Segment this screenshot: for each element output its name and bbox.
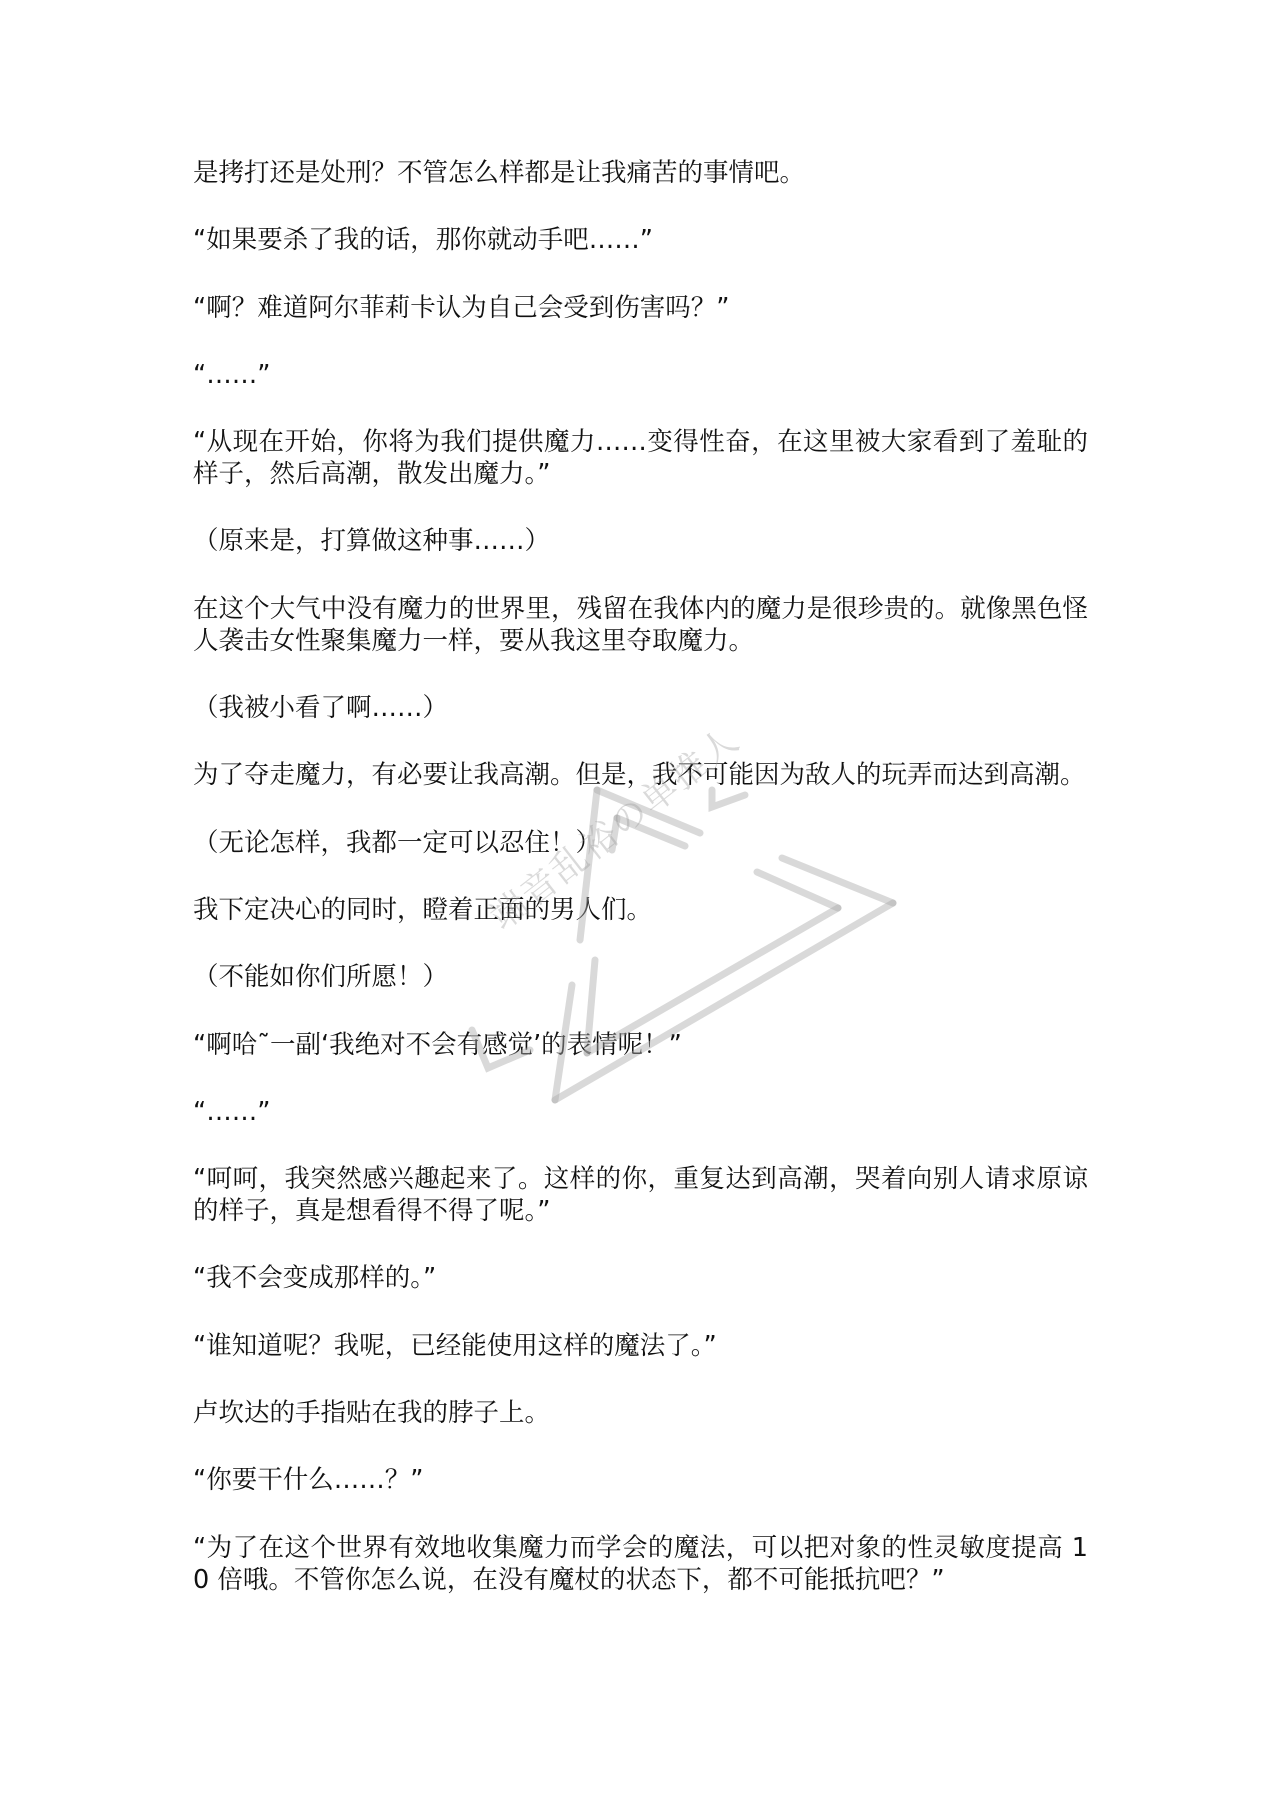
paragraph: （无论怎样，我都一定可以忍住！） [193,827,1088,859]
paragraph: “……” [193,1096,1088,1128]
paragraph: 我下定决心的同时，瞪着正面的男人们。 [193,894,1088,926]
paragraph: “如果要杀了我的话，那你就动手吧……” [193,224,1088,256]
paragraph: （不能如你们所愿！） [193,961,1088,993]
paragraph: （我被小看了啊……） [193,692,1088,724]
paragraph: “为了在这个世界有效地收集魔力而学会的魔法，可以把对象的性灵敏度提高 10 倍哦… [193,1532,1088,1596]
paragraph: “啊？难道阿尔菲莉卡认为自己会受到伤害吗？” [193,292,1088,324]
paragraph: “啊哈˜一副‘我绝对不会有感觉’的表情呢！” [193,1029,1088,1061]
paragraph: “呵呵，我突然感兴趣起来了。这样的你，重复达到高潮，哭着向别人请求原谅的样子，真… [193,1163,1088,1227]
document-body: 是拷打还是处刑？不管怎么样都是让我痛苦的事情吧。 “如果要杀了我的话，那你就动手… [193,157,1088,1631]
paragraph: “你要干什么……？” [193,1464,1088,1496]
paragraph: 是拷打还是处刑？不管怎么样都是让我痛苦的事情吧。 [193,157,1088,189]
paragraph: 卢坎达的手指贴在我的脖子上。 [193,1397,1088,1429]
paragraph: “我不会变成那样的。” [193,1262,1088,1294]
paragraph: 在这个大气中没有魔力的世界里，残留在我体内的魔力是很珍贵的。就像黑色怪人袭击女性… [193,593,1088,657]
paragraph: “……” [193,359,1088,391]
paragraph: （原来是，打算做这种事……） [193,525,1088,557]
paragraph: “从现在开始，你将为我们提供魔力……变得性奋，在这里被大家看到了羞耻的样子，然后… [193,426,1088,490]
paragraph: 为了夺走魔力，有必要让我高潮。但是，我不可能因为敌人的玩弄而达到高潮。 [193,759,1088,791]
document-page: 是拷打还是处刑？不管怎么样都是让我痛苦的事情吧。 “如果要杀了我的话，那你就动手… [0,0,1280,1810]
paragraph: “谁知道呢？我呢，已经能使用这样的魔法了。” [193,1330,1088,1362]
